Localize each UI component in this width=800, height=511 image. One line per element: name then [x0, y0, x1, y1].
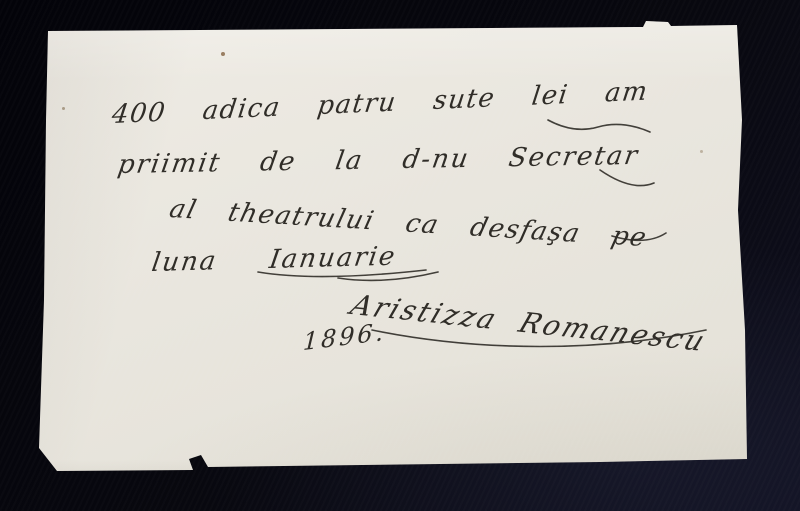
- paper-speck: [221, 52, 225, 56]
- paper-shading: [0, 0, 800, 511]
- paper-speck: [700, 150, 703, 153]
- underline-month: [338, 272, 438, 280]
- photo-background: 400 adica patru sute lei am priimit de l…: [0, 0, 800, 511]
- handwritten-line: 400 adica patru sute lei am: [110, 76, 650, 130]
- signature: Aristizza Romanescu: [346, 289, 711, 358]
- manuscript-paper: 400 adica patru sute lei am priimit de l…: [0, 0, 800, 511]
- flourish-line1: [548, 120, 650, 132]
- date-year: 1896.: [302, 318, 387, 357]
- handwritten-line: priimit de la d-nu Secretar: [116, 141, 642, 180]
- handwritten-line: al theatrului ca desfaşa pe: [166, 194, 650, 253]
- paper-speck: [62, 107, 65, 110]
- handwritten-line: luna Ianuarie: [150, 242, 399, 279]
- flourish-line2: [600, 170, 654, 186]
- ink-flourishes: [0, 0, 800, 511]
